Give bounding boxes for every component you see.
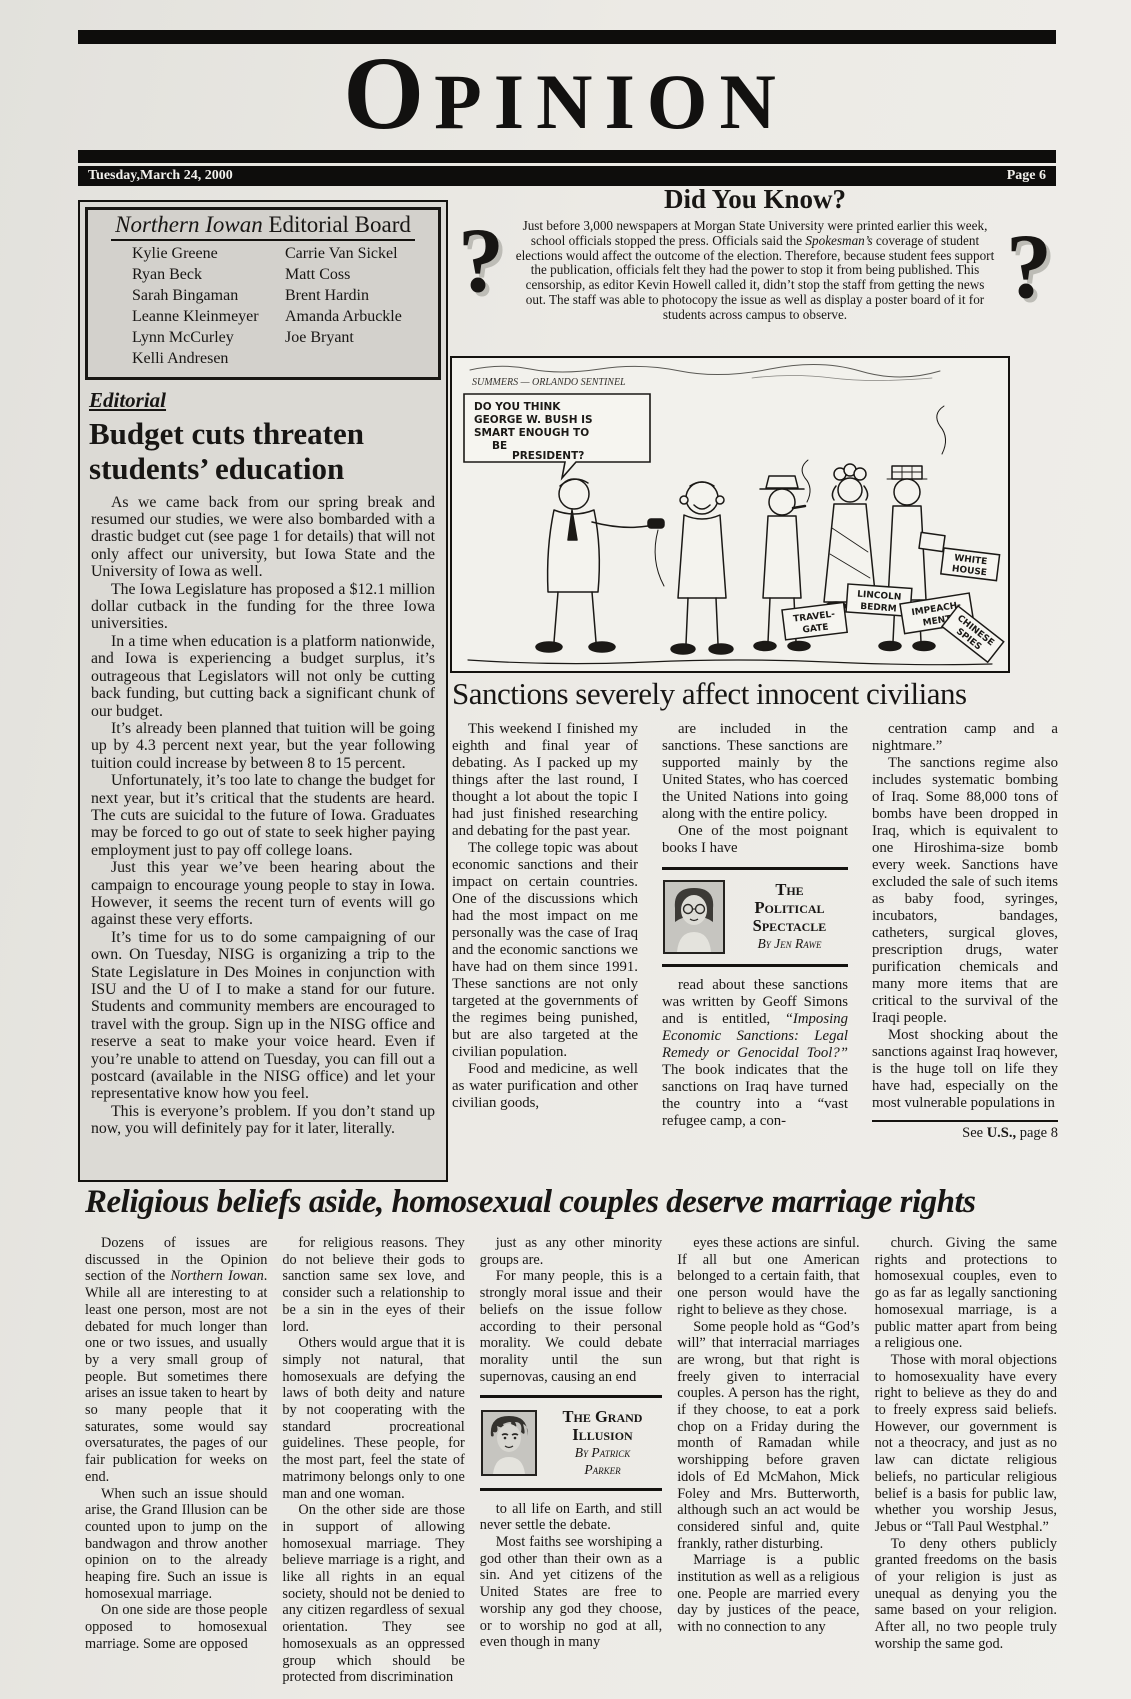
paragraph: Kelli Andresen — [132, 348, 285, 369]
did-you-know-section: Did You Know? ? Just before 3,000 newspa… — [452, 184, 1058, 325]
paragraph: Ryan Beck — [132, 264, 285, 285]
jen-rawe-photo — [663, 880, 725, 954]
dyk-text-paper-name: Spokesman’s — [805, 233, 872, 248]
marriage-col3-top: just as any other minority groups are.Fo… — [480, 1235, 662, 1385]
sanctions-col1: This weekend I finished my eighth and fi… — [452, 721, 638, 1142]
paragraph: The college topic was about economic san… — [452, 840, 638, 1061]
paragraph: Most faiths see worshiping a god other t… — [480, 1534, 662, 1651]
paragraph: for religious reasons. They do not belie… — [282, 1235, 464, 1335]
paragraph: One of the most poignant books I have — [662, 823, 848, 857]
paragraph: Joe Bryant — [285, 327, 438, 348]
paragraph: Amanda Arbuckle — [285, 306, 438, 327]
marriage-rights-article: Religious beliefs aside, homosexual coup… — [85, 1184, 1057, 1686]
paragraph: Unfortunately, it’s too late to change t… — [91, 772, 435, 859]
editorial-label: Editorial — [89, 388, 446, 413]
paragraph: Just this year we’ve been hearing about … — [91, 859, 435, 929]
marriage-col4: eyes these actions are sinful. If all bu… — [677, 1235, 859, 1686]
page-title-rest: PINION — [434, 58, 788, 145]
did-you-know-text: Just before 3,000 newspapers at Morgan S… — [510, 217, 1000, 325]
question-mark-icon: ? — [1000, 223, 1058, 310]
board-title-rest: Editorial Board — [263, 212, 411, 237]
bubble-line: BE — [492, 440, 507, 452]
paragraph: See U.S., page 8 — [962, 1125, 1058, 1141]
paragraph: Most shocking about the sanctions agains… — [872, 1027, 1058, 1112]
paragraph: On one side are those people opposed to … — [85, 1602, 267, 1652]
marriage-col2: for religious reasons. They do not belie… — [282, 1235, 464, 1686]
paragraph: Sarah Bingaman — [132, 285, 285, 306]
paragraph: Brent Hardin — [285, 285, 438, 306]
marriage-col3: just as any other minority groups are.Fo… — [480, 1235, 662, 1686]
marriage-headline: Religious beliefs aside, homosexual coup… — [85, 1184, 1057, 1221]
paragraph: In a time when education is a platform n… — [91, 633, 435, 720]
board-title-paper-name: Northern Iowan — [115, 212, 263, 237]
checkered-hat-man-figure — [892, 466, 922, 479]
patrick-parker-byline: By Patrick — [544, 1446, 661, 1461]
editorial-section: Northern Iowan Editorial Board Kylie Gre… — [78, 200, 448, 1182]
travelgate-sign: TRAVEL- GATE — [782, 602, 847, 639]
sanctions-col2-top: are included in the sanctions. These san… — [662, 721, 848, 857]
sanctions-col2-bottom: read about these sanctions was written b… — [662, 977, 848, 1130]
paragraph: Carrie Van Sickel — [285, 243, 438, 264]
issue-date: Tuesday,March 24, 2000 — [88, 168, 233, 184]
paragraph: church. Giving the same rights and prote… — [875, 1235, 1057, 1352]
paragraph: Leanne Kleinmeyer — [132, 306, 285, 327]
mid-rule — [78, 150, 1056, 163]
paragraph: Dozens of issues are discussed in the Op… — [85, 1235, 267, 1486]
paragraph: just as any other minority groups are. — [480, 1235, 662, 1268]
marriage-col1: Dozens of issues are discussed in the Op… — [85, 1235, 267, 1686]
paragraph: Matt Coss — [285, 264, 438, 285]
folio-bar: Tuesday,March 24, 2000 Page 6 — [78, 166, 1056, 186]
bubble-line: SMART ENOUGH TO — [474, 427, 589, 439]
paragraph: As we came back from our spring break an… — [91, 494, 435, 581]
political-spectacle-byline-box: The Political Spectacle By Jen Rawe — [662, 867, 848, 967]
board-names-col1: Kylie GreeneRyan BeckSarah BingamanLeann… — [132, 243, 285, 369]
paragraph: Food and medicine, as well as water puri… — [452, 1061, 638, 1112]
paragraph: This weekend I finished my eighth and fi… — [452, 721, 638, 840]
sanctions-headline: Sanctions severely affect innocent civil… — [452, 678, 1058, 711]
cigar-man-figure — [766, 476, 798, 488]
editorial-board-box: Northern Iowan Editorial Board Kylie Gre… — [85, 207, 441, 380]
paragraph: The Iowa Legislature has proposed a $12.… — [91, 581, 435, 633]
editorial-body: As we came back from our spring break an… — [91, 494, 435, 1138]
cartoon-drawing: SUMMERS — ORLANDO SENTINEL DO YOU THINK … — [452, 358, 1008, 671]
sanctions-col2: are included in the sanctions. These san… — [662, 721, 848, 1142]
grand-illusion-title: The Grand Illusion By Patrick Parker — [544, 1408, 661, 1477]
sanctions-col3: centration camp and a nightmare.”The san… — [872, 721, 1058, 1142]
bubble-line: GEORGE W. BUSH IS — [474, 414, 593, 426]
bubble-line: DO YOU THINK — [474, 401, 561, 413]
patrick-parker-photo — [481, 1410, 537, 1476]
paragraph: Lynn McCurley — [132, 327, 285, 348]
newspaper-opinion-page: OPINION Tuesday,March 24, 2000 Page 6 No… — [0, 0, 1131, 1699]
paragraph: read about these sanctions was written b… — [662, 977, 848, 1130]
question-mark-icon: ? — [452, 217, 510, 304]
editorial-board-names: Kylie GreeneRyan BeckSarah BingamanLeann… — [88, 241, 438, 369]
continued-reference: See U.S., page 8 — [872, 1120, 1058, 1142]
did-you-know-title: Did You Know? — [452, 184, 1058, 215]
paragraph: When such an issue should arise, the Gra… — [85, 1486, 267, 1603]
paragraph: Those with moral objections to homosexua… — [875, 1352, 1057, 1536]
bubble-line: PRESIDENT? — [512, 450, 584, 462]
marriage-col5: church. Giving the same rights and prote… — [875, 1235, 1057, 1686]
paragraph: It’s already been planned that tuition w… — [91, 720, 435, 772]
paragraph: eyes these actions are sinful. If all bu… — [677, 1235, 859, 1319]
editorial-headline: Budget cuts threaten students’ education — [89, 417, 437, 485]
paragraph: Marriage is a public institution as well… — [677, 1552, 859, 1636]
political-spectacle-title: The Political Spectacle By Jen Rawe — [732, 881, 847, 951]
page-title: OPINION — [0, 42, 1131, 146]
paragraph: To deny others publicly granted freedoms… — [875, 1536, 1057, 1653]
paragraph: It’s time for us to do some campaigning … — [91, 929, 435, 1103]
marriage-col3-bottom: to all life on Earth, and still never se… — [480, 1501, 662, 1651]
paragraph: Kylie Greene — [132, 243, 285, 264]
editorial-board-title: Northern Iowan Editorial Board — [88, 212, 438, 241]
paragraph: The sanctions regime also includes syste… — [872, 755, 1058, 1027]
paragraph: This is everyone’s problem. If you don’t… — [91, 1103, 435, 1138]
jen-rawe-byline: By Jen Rawe — [732, 937, 847, 952]
political-cartoon: SUMMERS — ORLANDO SENTINEL DO YOU THINK … — [450, 356, 1010, 673]
paragraph: Some people hold as “God’s will” that in… — [677, 1319, 859, 1553]
sanctions-article: Sanctions severely affect innocent civil… — [452, 678, 1058, 1142]
paragraph: For many people, this is a strongly mora… — [480, 1268, 662, 1385]
paragraph: On the other side are those in support o… — [282, 1502, 464, 1686]
paragraph: to all life on Earth, and still never se… — [480, 1501, 662, 1534]
grand-illusion-byline-box: The Grand Illusion By Patrick Parker — [480, 1395, 662, 1490]
paragraph: centration camp and a nightmare.” — [872, 721, 1058, 755]
cartoon-credit: SUMMERS — ORLANDO SENTINEL — [472, 377, 626, 388]
paragraph: Others would argue that it is simply not… — [282, 1335, 464, 1502]
page-number: Page 6 — [1007, 168, 1046, 184]
paragraph: are included in the sanctions. These san… — [662, 721, 848, 823]
board-names-col2: Carrie Van SickelMatt CossBrent HardinAm… — [285, 243, 438, 369]
page-title-initial: O — [343, 36, 434, 151]
white-house-sign: WHITE HOUSE — [941, 548, 1000, 581]
patrick-parker-byline: Parker — [544, 1463, 661, 1478]
